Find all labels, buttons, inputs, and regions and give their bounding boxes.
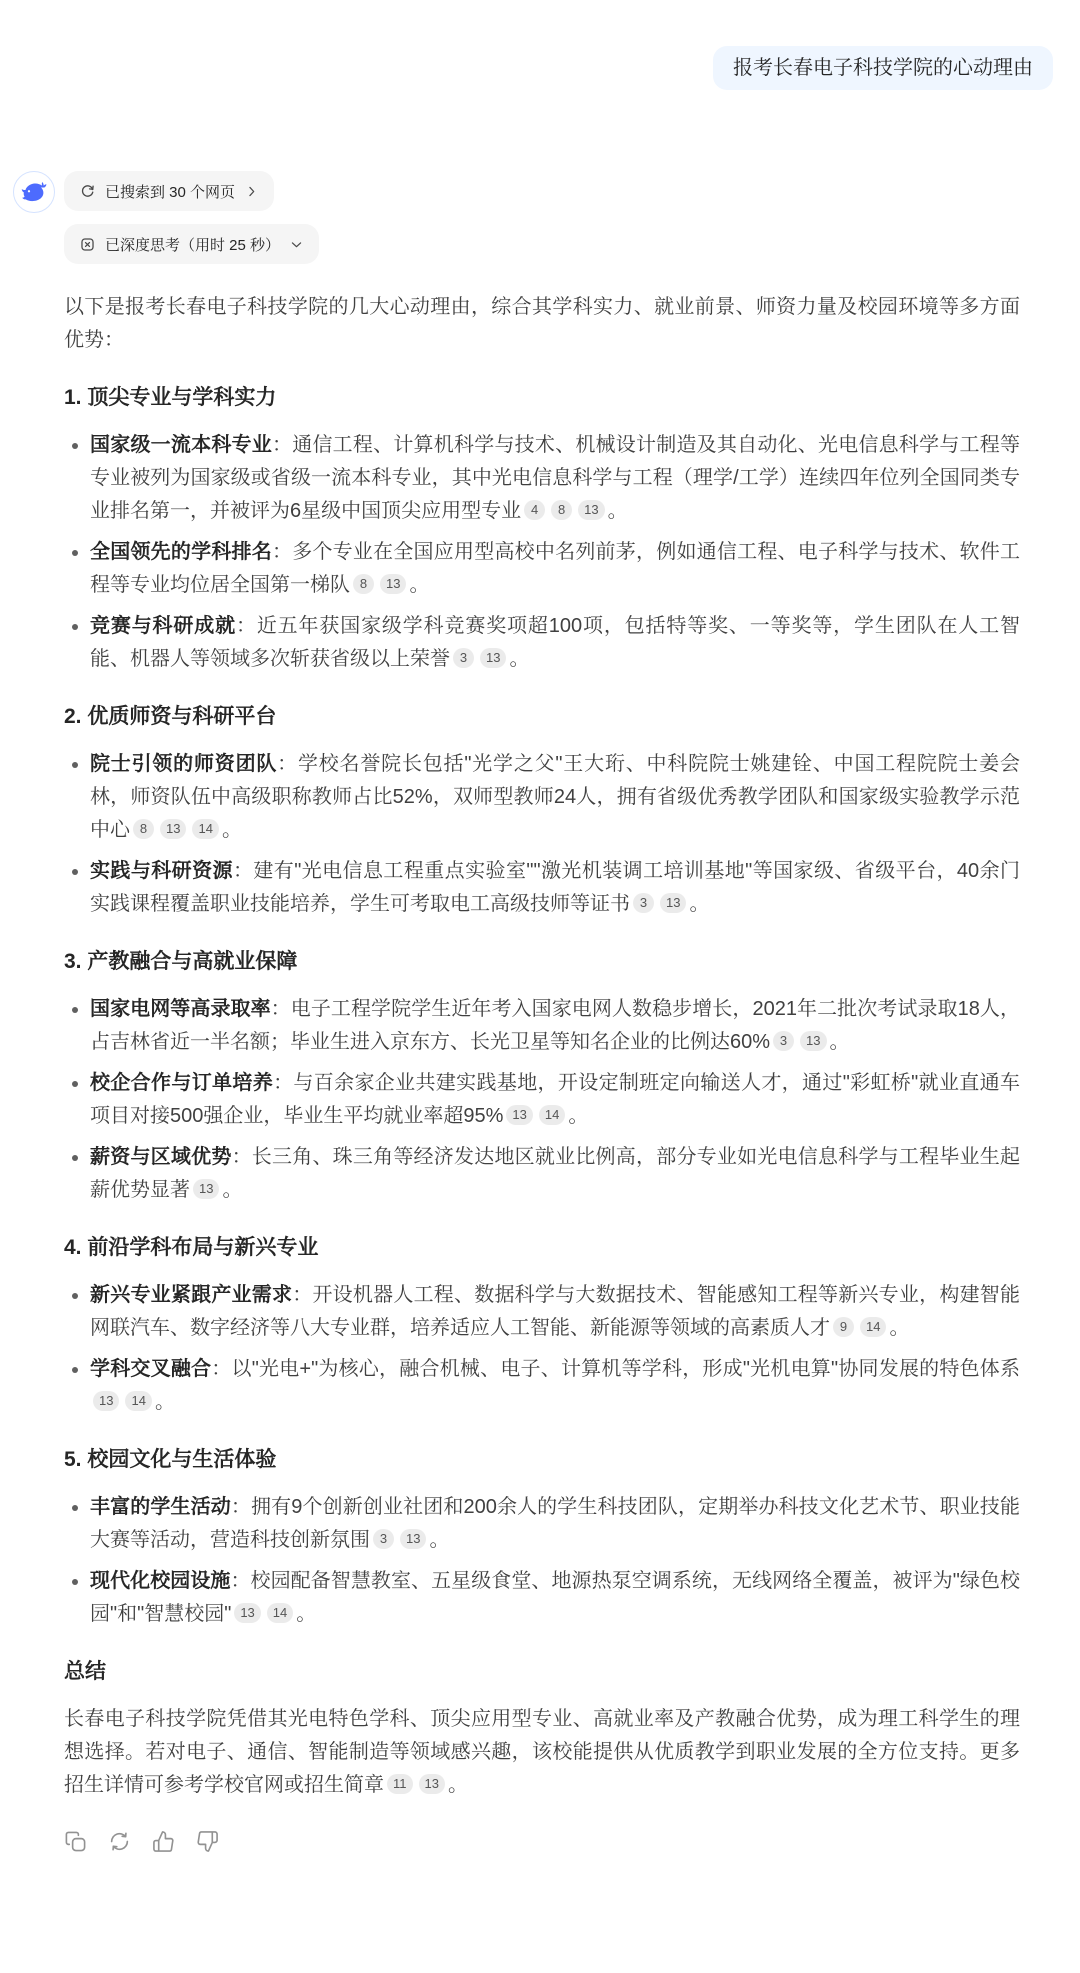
bullet-text: 丰富的学生活动：拥有9个创新创业社团和200余人的学生科技团队，定期举办科技文化… [90,1496,1020,1551]
bullet-dot [72,1579,78,1585]
bullet-dot [72,1155,78,1161]
thumbs-up-icon [152,1830,175,1853]
citation-badge[interactable]: 3 [453,648,474,668]
bullet-lead: 国家电网等高录取率 [90,998,271,1020]
citation-badge[interactable]: 14 [125,1391,151,1411]
search-refresh-icon [79,183,96,200]
deep-think-pill[interactable]: 已深度思考（用时 25 秒） [64,224,319,264]
bullet-lead: 竞赛与科研成就 [90,615,236,637]
summary-paragraph: 长春电子科技学院凭借其光电特色学科、顶尖应用型专业、高就业率及产教融合优势，成为… [64,1703,1020,1802]
citation-badge[interactable]: 3 [773,1031,794,1051]
copy-button[interactable] [64,1830,87,1853]
bullet-item: 实践与科研资源：建有"光电信息工程重点实验室""激光机装调工培训基地"等国家级、… [64,855,1020,921]
bullet-item: 院士引领的师资团队：学校名誉院长包括"光学之父"王大珩、中科院院士姚建铨、中国工… [64,748,1020,847]
search-results-pill[interactable]: 已搜索到 30 个网页 [64,171,274,211]
citation-badge[interactable]: 13 [480,648,506,668]
chevron-right-icon [244,184,259,199]
intro-paragraph: 以下是报考长春电子科技学院的几大心动理由，综合其学科实力、就业前景、师资力量及校… [64,291,1020,357]
bullet-item: 学科交叉融合：以"光电+"为核心，融合机械、电子、计算机等学科，形成"光机电算"… [64,1353,1020,1419]
citation-badge[interactable]: 13 [193,1179,219,1199]
search-results-label: 已搜索到 30 个网页 [105,181,235,202]
bullet-item: 新兴专业紧跟产业需求：开设机器人工程、数据科学与大数据技术、智能感知工程等新兴专… [64,1279,1020,1345]
citation-badge[interactable]: 13 [660,893,686,913]
bullet-text: 校企合作与订单培养：与百余家企业共建实践基地，开设定制班定向输送人才，通过"彩虹… [90,1072,1020,1127]
bullet-list: 丰富的学生活动：拥有9个创新创业社团和200余人的学生科技团队，定期举办科技文化… [64,1491,1020,1631]
bullet-text: 国家级一流本科专业：通信工程、计算机科学与技术、机械设计制造及其自动化、光电信息… [90,434,1020,522]
citation-badge[interactable]: 8 [133,819,154,839]
bullet-dot [72,550,78,556]
citation-badge[interactable]: 8 [551,500,572,520]
citation-badge[interactable]: 14 [860,1317,886,1337]
citation-badge[interactable]: 13 [800,1031,826,1051]
citation-badge[interactable]: 3 [373,1529,394,1549]
bullet-dot [72,869,78,875]
bullet-item: 全国领先的学科排名：多个专业在全国应用型高校中名列前茅，例如通信工程、电子科学与… [64,536,1020,602]
bullet-dot [72,443,78,449]
citation-badge[interactable]: 8 [353,574,374,594]
deepseek-whale-icon [21,176,48,208]
section-heading: 2. 优质师资与科研平台 [64,702,1020,732]
citation-badge[interactable]: 14 [539,1105,565,1125]
bullet-dot [72,1081,78,1087]
bullet-lead: 实践与科研资源 [90,860,233,882]
citation-badge[interactable]: 13 [380,574,406,594]
bullet-item: 丰富的学生活动：拥有9个创新创业社团和200余人的学生科技团队，定期举办科技文化… [64,1491,1020,1557]
citation-badge[interactable]: 4 [524,500,545,520]
assistant-message: 已搜索到 30 个网页 已深度思 [0,171,1080,1873]
chevron-down-icon [289,237,304,252]
assistant-content: 已搜索到 30 个网页 已深度思 [0,171,1080,1873]
citation-badge[interactable]: 13 [93,1391,119,1411]
bullet-text: 现代化校园设施：校园配备智慧教室、五星级食堂、地源热泵空调系统，无线网络全覆盖，… [90,1570,1020,1625]
bullet-dot [72,762,78,768]
bullet-text: 全国领先的学科排名：多个专业在全国应用型高校中名列前茅，例如通信工程、电子科学与… [90,541,1020,596]
bullet-lead: 全国领先的学科排名 [90,541,272,563]
bullet-list: 新兴专业紧跟产业需求：开设机器人工程、数据科学与大数据技术、智能感知工程等新兴专… [64,1279,1020,1419]
citation-badge[interactable]: 14 [267,1603,293,1623]
section-heading: 4. 前沿学科布局与新兴专业 [64,1233,1020,1263]
citation-badge[interactable]: 3 [633,893,654,913]
bullet-text: 竞赛与科研成就：近五年获国家级学科竞赛奖项超100项，包括特等奖、一等奖等，学生… [90,615,1020,670]
section-heading: 3. 产教融合与高就业保障 [64,947,1020,977]
bullet-lead: 国家级一流本科专业 [90,434,272,456]
user-message-bubble: 报考长春电子科技学院的心动理由 [713,46,1053,90]
bullet-lead: 现代化校园设施 [90,1570,230,1592]
bullet-list: 院士引领的师资团队：学校名誉院长包括"光学之父"王大珩、中科院院士姚建铨、中国工… [64,748,1020,921]
bullet-item: 薪资与区域优势：长三角、珠三角等经济发达地区就业比例高，部分专业如光电信息科学与… [64,1141,1020,1207]
regenerate-button[interactable] [108,1830,131,1853]
bullet-lead: 院士引领的师资团队 [90,753,277,775]
section-heading: 1. 顶尖专业与学科实力 [64,383,1020,413]
bullet-dot [72,1007,78,1013]
chat-page: 报考长春电子科技学院的心动理由 已 [0,0,1080,1873]
bullet-lead: 薪资与区域优势 [90,1146,232,1168]
deep-think-icon [79,236,96,253]
citation-badge[interactable]: 11 [387,1774,413,1794]
bullet-list: 国家级一流本科专业：通信工程、计算机科学与技术、机械设计制造及其自动化、光电信息… [64,429,1020,676]
bullet-item: 国家级一流本科专业：通信工程、计算机科学与技术、机械设计制造及其自动化、光电信息… [64,429,1020,528]
thumbs-down-button[interactable] [196,1830,219,1853]
bullet-dot [72,624,78,630]
bullet-text: 薪资与区域优势：长三角、珠三角等经济发达地区就业比例高，部分专业如光电信息科学与… [90,1146,1020,1201]
bullet-list: 国家电网等高录取率：电子工程学院学生近年考入国家电网人数稳步增长，2021年二批… [64,993,1020,1207]
bullet-dot [72,1505,78,1511]
bullet-item: 校企合作与订单培养：与百余家企业共建实践基地，开设定制班定向输送人才，通过"彩虹… [64,1067,1020,1133]
bullet-dot [72,1293,78,1299]
citation-badge[interactable]: 13 [506,1105,532,1125]
thumbs-down-icon [196,1830,219,1853]
bullet-text: 国家电网等高录取率：电子工程学院学生近年考入国家电网人数稳步增长，2021年二批… [90,998,1020,1053]
deep-think-label: 已深度思考（用时 25 秒） [105,234,280,255]
bullet-lead: 校企合作与订单培养 [90,1072,273,1094]
user-message-row: 报考长春电子科技学院的心动理由 [0,0,1080,90]
bullet-lead: 丰富的学生活动 [90,1496,231,1518]
bullet-lead: 新兴专业紧跟产业需求 [90,1284,292,1306]
bullet-text: 实践与科研资源：建有"光电信息工程重点实验室""激光机装调工培训基地"等国家级、… [90,860,1020,915]
bullet-item: 现代化校园设施：校园配备智慧教室、五星级食堂、地源热泵空调系统，无线网络全覆盖，… [64,1565,1020,1631]
citation-badge[interactable]: 13 [234,1603,260,1623]
citation-badge[interactable]: 13 [160,819,186,839]
citation-badge[interactable]: 13 [578,500,604,520]
citation-badge[interactable]: 13 [400,1529,426,1549]
section-heading: 5. 校园文化与生活体验 [64,1445,1020,1475]
bullet-lead: 学科交叉融合 [90,1358,211,1380]
regenerate-icon [108,1830,131,1853]
sections-container: 1. 顶尖专业与学科实力国家级一流本科专业：通信工程、计算机科学与技术、机械设计… [64,383,1020,1631]
summary-heading: 总结 [64,1657,1020,1687]
bullet-text: 新兴专业紧跟产业需求：开设机器人工程、数据科学与大数据技术、智能感知工程等新兴专… [90,1284,1020,1339]
assistant-avatar [13,171,55,213]
bullet-text: 学科交叉融合：以"光电+"为核心，融合机械、电子、计算机等学科，形成"光机电算"… [90,1358,1020,1413]
thumbs-up-button[interactable] [152,1830,175,1853]
bullet-item: 国家电网等高录取率：电子工程学院学生近年考入国家电网人数稳步增长，2021年二批… [64,993,1020,1059]
copy-icon [64,1830,87,1853]
bullet-dot [72,1367,78,1373]
bullet-item: 竞赛与科研成就：近五年获国家级学科竞赛奖项超100项，包括特等奖、一等奖等，学生… [64,610,1020,676]
citation-badge[interactable]: 14 [192,819,218,839]
actions-toolbar [64,1830,1020,1873]
citation-badge[interactable]: 13 [419,1774,445,1794]
citation-badge[interactable]: 9 [833,1317,854,1337]
bullet-text: 院士引领的师资团队：学校名誉院长包括"光学之父"王大珩、中科院院士姚建铨、中国工… [90,753,1020,841]
